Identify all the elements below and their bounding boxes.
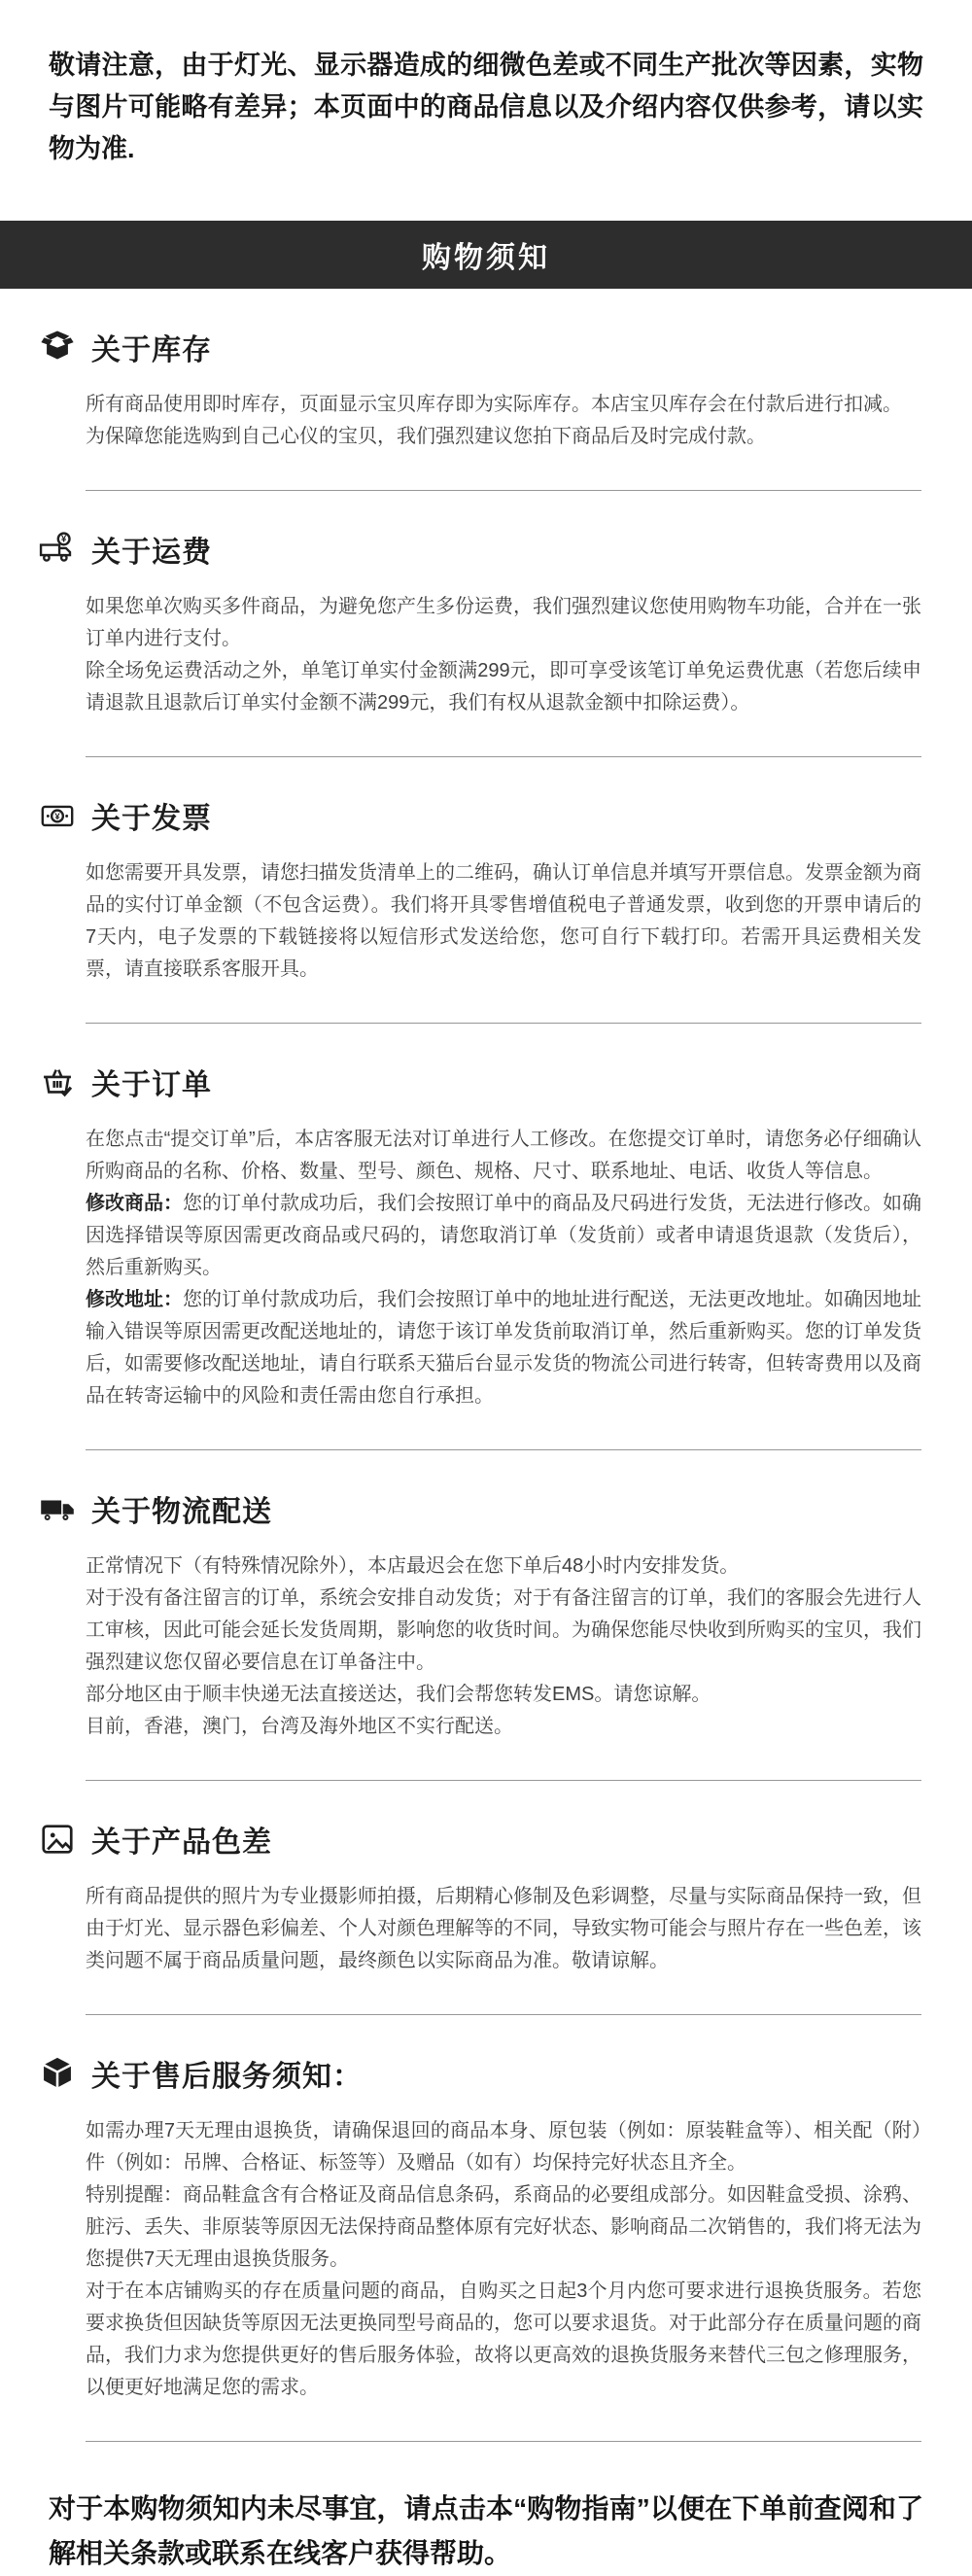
section-stock: 关于库存 所有商品使用即时库存，页面显示宝贝库存即为实际库存。本店宝贝库存会在付…: [0, 289, 972, 491]
paragraph: 为保障您能选购到自己心仪的宝贝，我们强烈建议您拍下商品后及时完成付款。: [86, 421, 921, 453]
section-title: 关于产品色差: [91, 1818, 272, 1861]
shopping-notice-banner: 购物须知: [0, 221, 972, 289]
section-header: 关于库存: [39, 326, 921, 368]
section-title: 关于发票: [91, 794, 212, 837]
svg-text:¥: ¥: [61, 535, 67, 545]
paragraph-lead: 修改商品：: [86, 1193, 183, 1214]
section-logistics: 关于物流配送 正常情况下（有特殊情况除外），本店最迟会在您下单后48小时内安排发…: [0, 1450, 972, 1781]
paragraph: 修改地址：您的订单付款成功后，我们会按照订单中的地址进行配送，无法更改地址。如确…: [86, 1284, 921, 1412]
section-title: 关于库存: [91, 326, 212, 368]
section-title: 关于售后服务须知：: [91, 2052, 363, 2095]
color-difference-notice: 敬请注意，由于灯光、显示器造成的细微色差或不同生产批次等因素，实物与图片可能略有…: [49, 45, 923, 170]
paragraph-lead: 修改地址：: [86, 1289, 183, 1310]
package-icon: [39, 2055, 76, 2092]
paragraph: 除全场免运费活动之外，单笔订单实付金额满299元，即可享受该笔订单免运费优惠（若…: [86, 655, 921, 719]
paragraph: 正常情况下（有特殊情况除外），本店最迟会在您下单后48小时内安排发货。: [86, 1550, 921, 1583]
section-body: 如您需要开具发票，请您扫描发货清单上的二维码，确认订单信息并填写开票信息。发票金…: [86, 857, 921, 986]
paragraph: 如您需要开具发票，请您扫描发货清单上的二维码，确认订单信息并填写开票信息。发票金…: [86, 857, 921, 986]
section-invoice: ¥ 关于发票 如您需要开具发票，请您扫描发货清单上的二维码，确认订单信息并填写开…: [0, 757, 972, 1024]
truck-icon: [39, 1490, 76, 1527]
section-shipping-fee: ¥ 关于运费 如果您单次购买多件商品，为避免您产生多份运费，我们强烈建议您使用购…: [0, 491, 972, 757]
invoice-icon: ¥: [39, 797, 76, 834]
paragraph: 特别提醒：商品鞋盒含有合格证及商品信息条码，系商品的必要组成部分。如因鞋盒受损、…: [86, 2179, 921, 2276]
image-icon: [39, 1821, 76, 1858]
section-header: ¥ 关于运费: [39, 528, 921, 571]
section-body: 如需办理7天无理由退换货，请确保退回的商品本身、原包装（例如：原装鞋盒等）、相关…: [86, 2115, 921, 2404]
paragraph: 对于在本店铺购买的存在质量问题的商品，自购买之日起3个月内您可要求进行退换货服务…: [86, 2276, 921, 2404]
section-after-sales: 关于售后服务须知： 如需办理7天无理由退换货，请确保退回的商品本身、原包装（例如…: [0, 2015, 972, 2442]
paragraph: 所有商品使用即时库存，页面显示宝贝库存即为实际库存。本店宝贝库存会在付款后进行扣…: [86, 389, 921, 421]
section-body: 如果您单次购买多件商品，为避免您产生多份运费，我们强烈建议您使用购物车功能，合并…: [86, 591, 921, 719]
paragraph: 如果您单次购买多件商品，为避免您产生多份运费，我们强烈建议您使用购物车功能，合并…: [86, 591, 921, 655]
section-title: 关于运费: [91, 528, 212, 571]
shopping-guide-footer-note: 对于本购物须知内未尽事宜，请点击本“购物指南”以便在下单前查阅和了解相关条款或联…: [0, 2442, 972, 2576]
section-header: 关于物流配送: [39, 1487, 921, 1530]
section-body: 所有商品使用即时库存，页面显示宝贝库存即为实际库存。本店宝贝库存会在付款后进行扣…: [86, 389, 921, 453]
section-color-difference: 关于产品色差 所有商品提供的照片为专业摄影师拍摄，后期精心修制及色彩调整，尽量与…: [0, 1781, 972, 2015]
paragraph: 目前，香港，澳门，台湾及海外地区不实行配送。: [86, 1711, 921, 1743]
truck-fee-icon: ¥: [39, 531, 76, 568]
paragraph: 在您点击“提交订单”后，本店客服无法对订单进行人工修改。在您提交订单时，请您务必…: [86, 1124, 921, 1188]
section-body: 所有商品提供的照片为专业摄影师拍摄，后期精心修制及色彩调整，尽量与实际商品保持一…: [86, 1881, 921, 1977]
section-title: 关于物流配送: [91, 1487, 272, 1530]
section-header: ¥ 关于发票: [39, 794, 921, 837]
section-body: 正常情况下（有特殊情况除外），本店最迟会在您下单后48小时内安排发货。 对于没有…: [86, 1550, 921, 1743]
svg-text:¥: ¥: [54, 812, 60, 822]
banner-title: 购物须知: [422, 233, 550, 276]
paragraph: 所有商品提供的照片为专业摄影师拍摄，后期精心修制及色彩调整，尽量与实际商品保持一…: [86, 1881, 921, 1977]
paragraph: 部分地区由于顺丰快递无法直接送达，我们会帮您转发EMS。请您谅解。: [86, 1679, 921, 1711]
open-box-icon: [39, 329, 76, 366]
shopping-notice-page: 敬请注意，由于灯光、显示器造成的细微色差或不同生产批次等因素，实物与图片可能略有…: [0, 0, 972, 2576]
section-header: 关于售后服务须知：: [39, 2052, 921, 2095]
basket-check-icon: [39, 1063, 76, 1100]
paragraph: 对于没有备注留言的订单，系统会安排自动发货；对于有备注留言的订单，我们的客服会先…: [86, 1583, 921, 1679]
section-title: 关于订单: [91, 1061, 212, 1103]
section-order: 关于订单 在您点击“提交订单”后，本店客服无法对订单进行人工修改。在您提交订单时…: [0, 1024, 972, 1450]
paragraph: 如需办理7天无理由退换货，请确保退回的商品本身、原包装（例如：原装鞋盒等）、相关…: [86, 2115, 921, 2179]
section-header: 关于订单: [39, 1061, 921, 1103]
paragraph: 修改商品：您的订单付款成功后，我们会按照订单中的商品及尺码进行发货，无法进行修改…: [86, 1188, 921, 1284]
section-header: 关于产品色差: [39, 1818, 921, 1861]
section-body: 在您点击“提交订单”后，本店客服无法对订单进行人工修改。在您提交订单时，请您务必…: [86, 1124, 921, 1412]
